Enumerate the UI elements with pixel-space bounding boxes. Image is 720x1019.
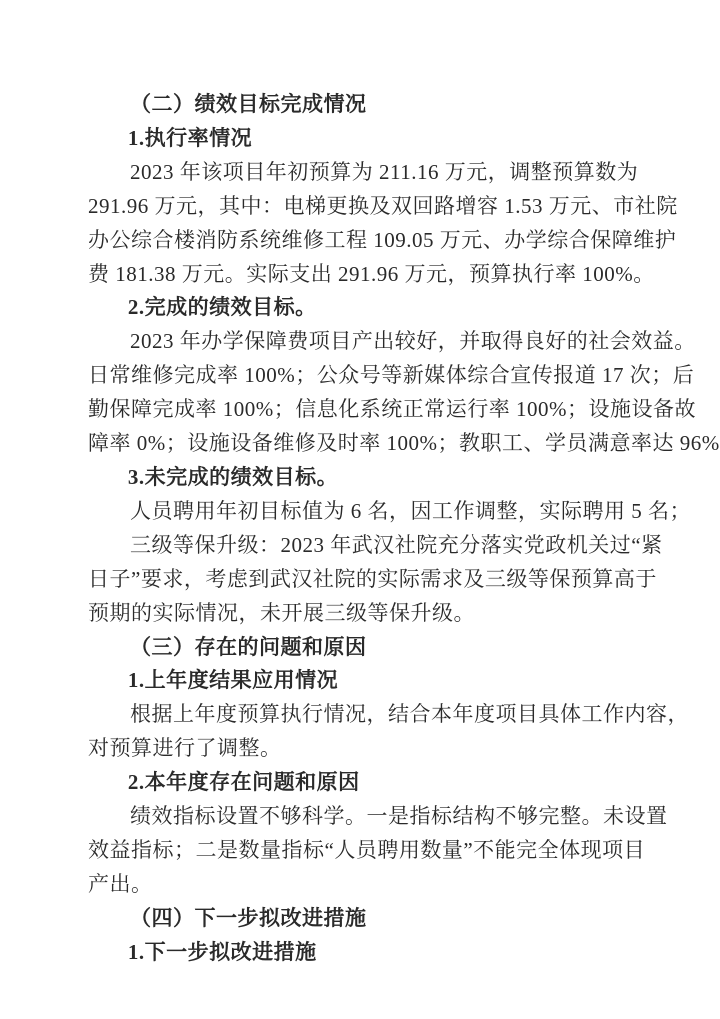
paragraph-line: 办公综合楼消防系统维修工程 109.05 万元、办学综合保障维护 [88, 224, 648, 258]
paragraph-line: 效益指标；二是数量指标“人员聘用数量”不能完全体现项目 [88, 834, 648, 868]
paragraph-line: 对预算进行了调整。 [88, 732, 648, 766]
paragraph-line: 勤保障完成率 100%；信息化系统正常运行率 100%；设施设备故 [88, 393, 648, 427]
sub-heading: 2.完成的绩效目标。 [88, 291, 648, 325]
document-page: （二）绩效目标完成情况 1.执行率情况 2023 年该项目年初预算为 211.1… [0, 0, 720, 1019]
paragraph-line: 根据上年度预算执行情况，结合本年度项目具体工作内容， [88, 698, 648, 732]
paragraph-line: 障率 0%；设施设备维修及时率 100%；教职工、学员满意率达 96%。 [88, 427, 648, 461]
section-heading: （四）下一步拟改进措施 [88, 902, 648, 936]
paragraph-line: 预期的实际情况，未开展三级等保升级。 [88, 597, 648, 631]
paragraph-line: 费 181.38 万元。实际支出 291.96 万元，预算执行率 100%。 [88, 258, 648, 292]
section-heading: （二）绩效目标完成情况 [88, 88, 648, 122]
paragraph-line: 291.96 万元，其中：电梯更换及双回路增容 1.53 万元、市社院 [88, 190, 648, 224]
sub-heading: 2.本年度存在问题和原因 [88, 766, 648, 800]
paragraph-line: 日子”要求，考虑到武汉社院的实际需求及三级等保预算高于 [88, 563, 648, 597]
paragraph-line: 日常维修完成率 100%；公众号等新媒体综合宣传报道 17 次；后 [88, 359, 648, 393]
paragraph-line: 三级等保升级：2023 年武汉社院充分落实党政机关过“紧 [88, 529, 648, 563]
sub-heading: 1.上年度结果应用情况 [88, 664, 648, 698]
paragraph-line: 2023 年办学保障费项目产出较好，并取得良好的社会效益。 [88, 325, 648, 359]
paragraph-line: 人员聘用年初目标值为 6 名，因工作调整，实际聘用 5 名； [88, 495, 648, 529]
sub-heading: 1.下一步拟改进措施 [88, 936, 648, 970]
document-text-block: （二）绩效目标完成情况 1.执行率情况 2023 年该项目年初预算为 211.1… [88, 88, 648, 970]
paragraph-line: 2023 年该项目年初预算为 211.16 万元，调整预算数为 [88, 156, 648, 190]
paragraph-line: 绩效指标设置不够科学。一是指标结构不够完整。未设置 [88, 800, 648, 834]
paragraph-line: 产出。 [88, 868, 648, 902]
sub-heading: 3.未完成的绩效目标。 [88, 461, 648, 495]
section-heading: （三）存在的问题和原因 [88, 631, 648, 665]
sub-heading: 1.执行率情况 [88, 122, 648, 156]
